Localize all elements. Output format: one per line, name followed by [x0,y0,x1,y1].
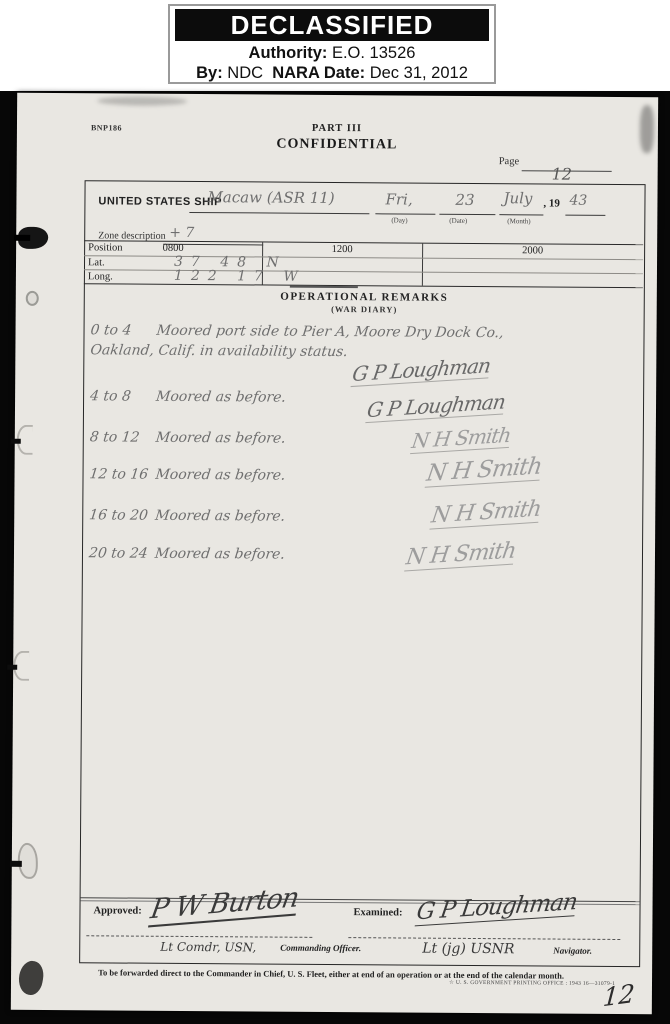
stamp-by-line: By: NDC NARA Date: Dec 31, 2012 [170,63,494,83]
entry-hours: 8 to 12 [89,429,153,445]
binder-fastener-mark [13,651,29,681]
approved-label: Approved: [93,905,141,916]
entries-list: 0 to 4Moored port side to Pier A, Moore … [81,181,644,785]
scan-smudge [97,96,187,106]
nara-date-label: NARA Date: [272,64,365,82]
nara-date-value: Dec 31, 2012 [370,64,468,82]
approved-signature-line [86,935,312,938]
war-diary-entry: 20 to 24Moored as before.N H Smith [89,545,634,566]
commanding-officer-signature: P W Burton [148,882,301,927]
classification-heading: CONFIDENTIAL [17,135,657,155]
war-diary-entry: 4 to 8Moored as before.G P Loughman [90,388,635,409]
entry-signature: N H Smith [429,496,542,529]
war-diary-entry: 0 to 4Moored port side to Pier A, Moore … [90,322,635,362]
navigator-title: Navigator. [553,946,592,956]
entry-text-line2: Oakland, Calif. in availability status. [90,342,637,362]
page-number: 12 [552,165,572,184]
declassified-stamp: DECLASSIFIED Authority: E.O. 13526 By: N… [168,4,496,84]
entry-hours: 4 to 8 [89,388,153,404]
page-number-underline: 12 [522,170,612,172]
printing-office-note: ☆ U. S. GOVERNMENT PRINTING OFFICE : 194… [449,980,615,987]
declassified-title: DECLASSIFIED [175,9,489,41]
binder-fastener-mark [17,425,33,455]
entry-signature: N H Smith [404,538,517,571]
binder-fastener-mark [18,843,38,879]
entry-signature: N H Smith [410,423,512,454]
war-diary-entry: 16 to 20Moored as before.N H Smith [89,507,634,528]
punch-hole-mark [26,291,39,306]
entry-hours: 16 to 20 [88,507,152,523]
corner-page-number: 12 [602,979,636,1013]
by-value: NDC [227,64,263,82]
examined-signature-line [348,937,620,940]
entry-hours: 0 to 4 [90,322,154,338]
entry-text: Moored as before. [154,508,286,525]
stamp-authority-line: Authority: E.O. 13526 [170,43,494,63]
war-diary-entry: 12 to 16Moored as before.N H Smith [89,466,634,487]
authority-value: E.O. 13526 [332,44,415,62]
by-label: By: [196,64,223,82]
authority-label: Authority: [249,44,328,62]
binder-fastener-mark [18,227,48,249]
entry-text: Moored as before. [155,467,287,484]
entry-hours: 20 to 24 [88,545,152,561]
forward-instruction: To be forwarded direct to the Commander … [11,967,651,981]
entry-text: Moored as before. [154,546,286,563]
entry-text: Moored as before. [155,430,287,447]
entry-text: Moored as before. [155,389,287,406]
binder-fastener-mark [16,959,46,997]
war-diary-form: UNITED STATES SHIP Macaw (ASR 11) Fri, 2… [79,180,645,967]
examined-label: Examined: [353,907,402,918]
scan-top-margin: DECLASSIFIED Authority: E.O. 13526 By: N… [0,0,670,91]
navigator-signature: G P Loughman [415,889,579,926]
entry-text: Moored port side to Pier A, Moore Dry Do… [156,323,505,341]
examined-rank: Lt (jg) USNR [422,941,514,958]
approved-rank: Lt Comdr, USN, [160,940,256,955]
scan-background: BNP186 PART III CONFIDENTIAL Page 12 UNI… [0,91,670,1024]
page-label: Page [499,156,519,167]
commanding-officer-title: Commanding Officer. [280,943,361,954]
entry-signature: G P Loughman [365,389,506,423]
part-heading: PART III [17,121,657,136]
entry-signature: N H Smith [425,453,544,488]
war-diary-entry: 8 to 12Moored as before.N H Smith [90,429,635,450]
document-page: BNP186 PART III CONFIDENTIAL Page 12 UNI… [11,93,658,1014]
entry-hours: 12 to 16 [89,466,153,482]
scanned-document: DECLASSIFIED Authority: E.O. 13526 By: N… [0,0,670,1024]
